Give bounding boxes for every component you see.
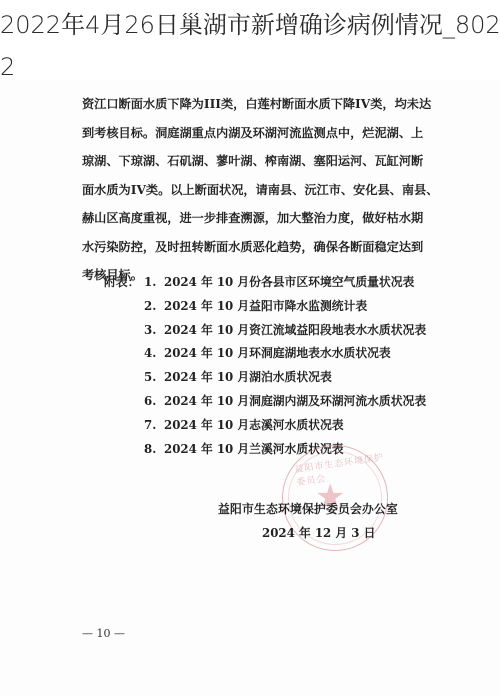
- annex-title: 2024 年 10 月湖泊水质状况表: [164, 366, 332, 390]
- annex-item: 7. 2024 年 10 月志溪河水质状况表: [104, 414, 444, 438]
- annex-item: 2. 2024 年 10 月益阳市降水监测统计表: [104, 295, 444, 319]
- annex-number: 5.: [144, 366, 164, 390]
- annex-label: 附表：: [104, 271, 144, 295]
- signing-date: 2024 年 12 月 3 日: [262, 524, 375, 541]
- signing-organization: 益阳市生态环境保护委员会办公室: [218, 500, 398, 517]
- annex-title: 2024 年 10 月份各县市区环境空气质量状况表: [164, 271, 414, 295]
- paragraph-line: 水污染防控，及时扭转断面水质恶化趋势，确保各断面稳定达到: [82, 233, 422, 262]
- paragraph-line: 琼湖、下琼湖、石矶湖、蓼叶湖、榨南湖、塞阳运河、瓦缸河断: [82, 147, 422, 176]
- annex-number: 7.: [144, 414, 164, 438]
- annex-item: 5. 2024 年 10 月湖泊水质状况表: [104, 366, 444, 390]
- annex-item: 8. 2024 年 10 月兰溪河水质状况表: [104, 438, 444, 462]
- annex-number: 2.: [144, 295, 164, 319]
- annex-number: 6.: [144, 390, 164, 414]
- page-number: — 10 —: [82, 627, 125, 640]
- annex-number: 8.: [144, 438, 164, 462]
- annex-list: 附表： 1. 2024 年 10 月份各县市区环境空气质量状况表 2. 2024…: [104, 271, 444, 461]
- annex-item: 4. 2024 年 10 月环洞庭湖地表水水质状况表: [104, 342, 444, 366]
- page-title: 2022年4月26日巢湖市新增确诊病例情况_80202: [0, 4, 500, 88]
- annex-number: 4.: [144, 342, 164, 366]
- paragraph-line: 到考核目标。洞庭湖重点内湖及环湖河流监测点中，烂泥湖、上: [82, 119, 422, 148]
- body-paragraph: 资江口断面水质下降为III类，白莲村断面水质下降IV类，均未达 到考核目标。洞庭…: [82, 90, 422, 290]
- annex-title: 2024 年 10 月益阳市降水监测统计表: [164, 295, 367, 319]
- paragraph-line: 赫山区高度重视，进一步排查溯源，加大整治力度，做好枯水期: [82, 204, 422, 233]
- paragraph-line: 面水质为IV类。以上断面状况，请南县、沅江市、安化县、南县、: [82, 176, 422, 205]
- document-page: 资江口断面水质下降为III类，白莲村断面水质下降IV类，均未达 到考核目标。洞庭…: [0, 80, 500, 696]
- annex-item: 3. 2024 年 10 月资江流域益阳段地表水水质状况表: [104, 319, 444, 343]
- annex-title: 2024 年 10 月志溪河水质状况表: [164, 414, 344, 438]
- annex-item: 附表： 1. 2024 年 10 月份各县市区环境空气质量状况表: [104, 271, 444, 295]
- annex-title: 2024 年 10 月洞庭湖内湖及环湖河流水质状况表: [164, 390, 426, 414]
- annex-title: 2024 年 10 月环洞庭湖地表水水质状况表: [164, 342, 391, 366]
- paragraph-line: 资江口断面水质下降为III类，白莲村断面水质下降IV类，均未达: [82, 90, 422, 119]
- annex-number: 1.: [144, 271, 164, 295]
- annex-number: 3.: [144, 319, 164, 343]
- annex-item: 6. 2024 年 10 月洞庭湖内湖及环湖河流水质状况表: [104, 390, 444, 414]
- annex-title: 2024 年 10 月资江流域益阳段地表水水质状况表: [164, 319, 426, 343]
